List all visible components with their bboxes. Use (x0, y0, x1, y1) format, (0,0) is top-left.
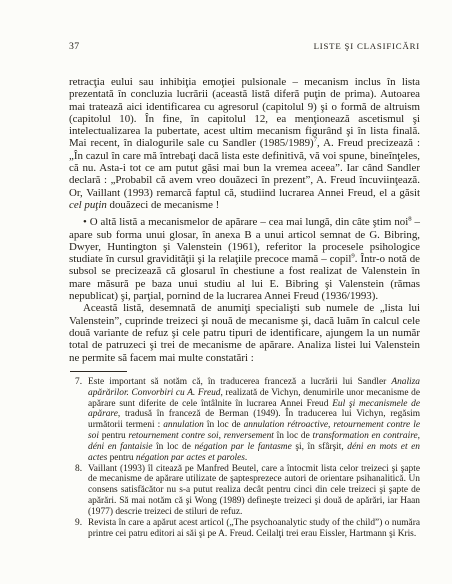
footnote-number: 7. (75, 377, 82, 388)
footnote-ref: 8 (408, 216, 411, 223)
body-paragraph-2: • O altă listă a mecanismelor de apărare… (69, 216, 420, 302)
italic-text: annulation (163, 420, 204, 430)
footnote-9: 9. Revista în care a apărut acest artico… (69, 518, 420, 540)
footnote-separator (70, 371, 127, 372)
italic-text: annulation rétroactive (244, 420, 328, 430)
italic-text: renversement (224, 431, 274, 441)
running-header: 37 LISTE ŞI CLASIFICĂRI (69, 41, 420, 52)
body-paragraph-3: Această listă, desemnată de anumiţi spec… (69, 302, 420, 363)
italic-text: Eul şi mecanismele de apărare (88, 399, 420, 420)
body-text: retracţia eului sau inhibiţia emoţiei pu… (69, 76, 420, 364)
italic-text: cel puţin (69, 199, 107, 211)
italic-text: retournement contre soi (128, 431, 218, 441)
italic-text: Analiza apărărilor. Convorbiri cu A. Fre… (88, 377, 420, 398)
running-header-title: LISTE ŞI CLASIFICĂRI (314, 41, 420, 51)
italic-text: négation par actes et paroles (136, 453, 245, 463)
body-paragraph-1: retracţia eului sau inhibiţia emoţiei pu… (69, 76, 420, 211)
italic-text: déni en fantaisie (88, 442, 152, 452)
footnote-text: Este important să notăm că, în traducere… (88, 377, 420, 463)
book-page: 37 LISTE ŞI CLASIFICĂRI retracţia eului … (0, 0, 452, 584)
italic-text: négation par le fantasme (194, 442, 291, 452)
footnote-ref: 9 (351, 253, 354, 260)
page-number: 37 (69, 41, 79, 52)
footnote-ref: 7 (314, 137, 317, 144)
footnotes-block: 7. Este important să notăm că, în traduc… (69, 377, 420, 540)
footnote-text: Vaillant (1993) îl citează pe Manfred Be… (88, 464, 420, 517)
footnote-7: 7. Este important să notăm că, în traduc… (69, 377, 420, 464)
footnote-number: 8. (75, 464, 82, 475)
page-content: 37 LISTE ŞI CLASIFICĂRI retracţia eului … (69, 41, 420, 539)
footnote-number: 9. (75, 518, 82, 529)
footnote-text: Revista în care a apărut acest articol (… (88, 518, 420, 539)
italic-text: transformation en contraire (313, 431, 418, 441)
footnote-8: 8. Vaillant (1993) îl citează pe Manfred… (69, 464, 420, 518)
